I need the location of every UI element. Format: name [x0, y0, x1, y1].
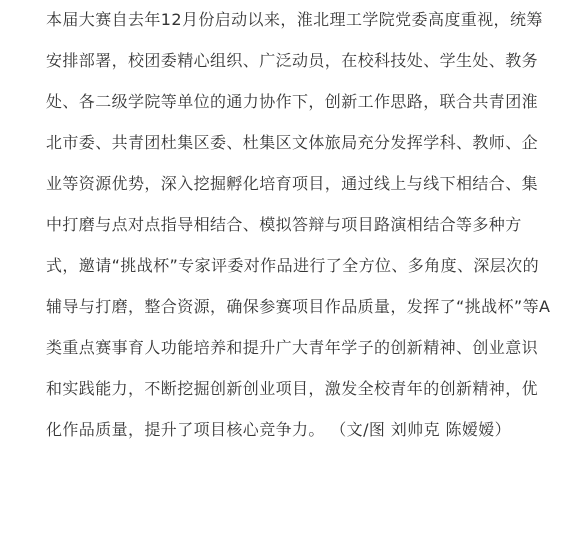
- article-body: 本届大赛自去年12月份启动以来，淮北理工学院党委高度重视，统筹 安排部署，校团委…: [46, 0, 546, 451]
- paragraph-line-byline: 化作品质量，提升了项目核心竞争力。 （文/图 刘帅克 陈嫒嫒）: [46, 408, 546, 451]
- paragraph-line: 辅导与打磨，整合资源，确保参赛项目作品质量，发挥了“挑战杯”等A: [46, 285, 546, 328]
- paragraph-line: 本届大赛自去年12月份启动以来，淮北理工学院党委高度重视，统筹: [46, 0, 546, 41]
- paragraph-line: 安排部署，校团委精心组织、广泛动员，在校科技处、学生处、教务: [46, 39, 546, 82]
- paragraph-line: 业等资源优势，深入挖掘孵化培育项目，通过线上与线下相结合、集: [46, 162, 546, 205]
- paragraph-line: 北市委、共青团杜集区委、杜集区文体旅局充分发挥学科、教师、企: [46, 121, 546, 164]
- paragraph-line: 中打磨与点对点指导相结合、模拟答辩与项目路演相结合等多种方: [46, 203, 546, 246]
- paragraph-line: 处、各二级学院等单位的通力协作下，创新工作思路，联合共青团淮: [46, 80, 546, 123]
- paragraph-line: 类重点赛事育人功能培养和提升广大青年学子的创新精神、创业意识: [46, 326, 546, 369]
- paragraph-line: 和实践能力，不断挖掘创新创业项目，激发全校青年的创新精神，优: [46, 367, 546, 410]
- paragraph-line: 式，邀请“挑战杯”专家评委对作品进行了全方位、多角度、深层次的: [46, 244, 546, 287]
